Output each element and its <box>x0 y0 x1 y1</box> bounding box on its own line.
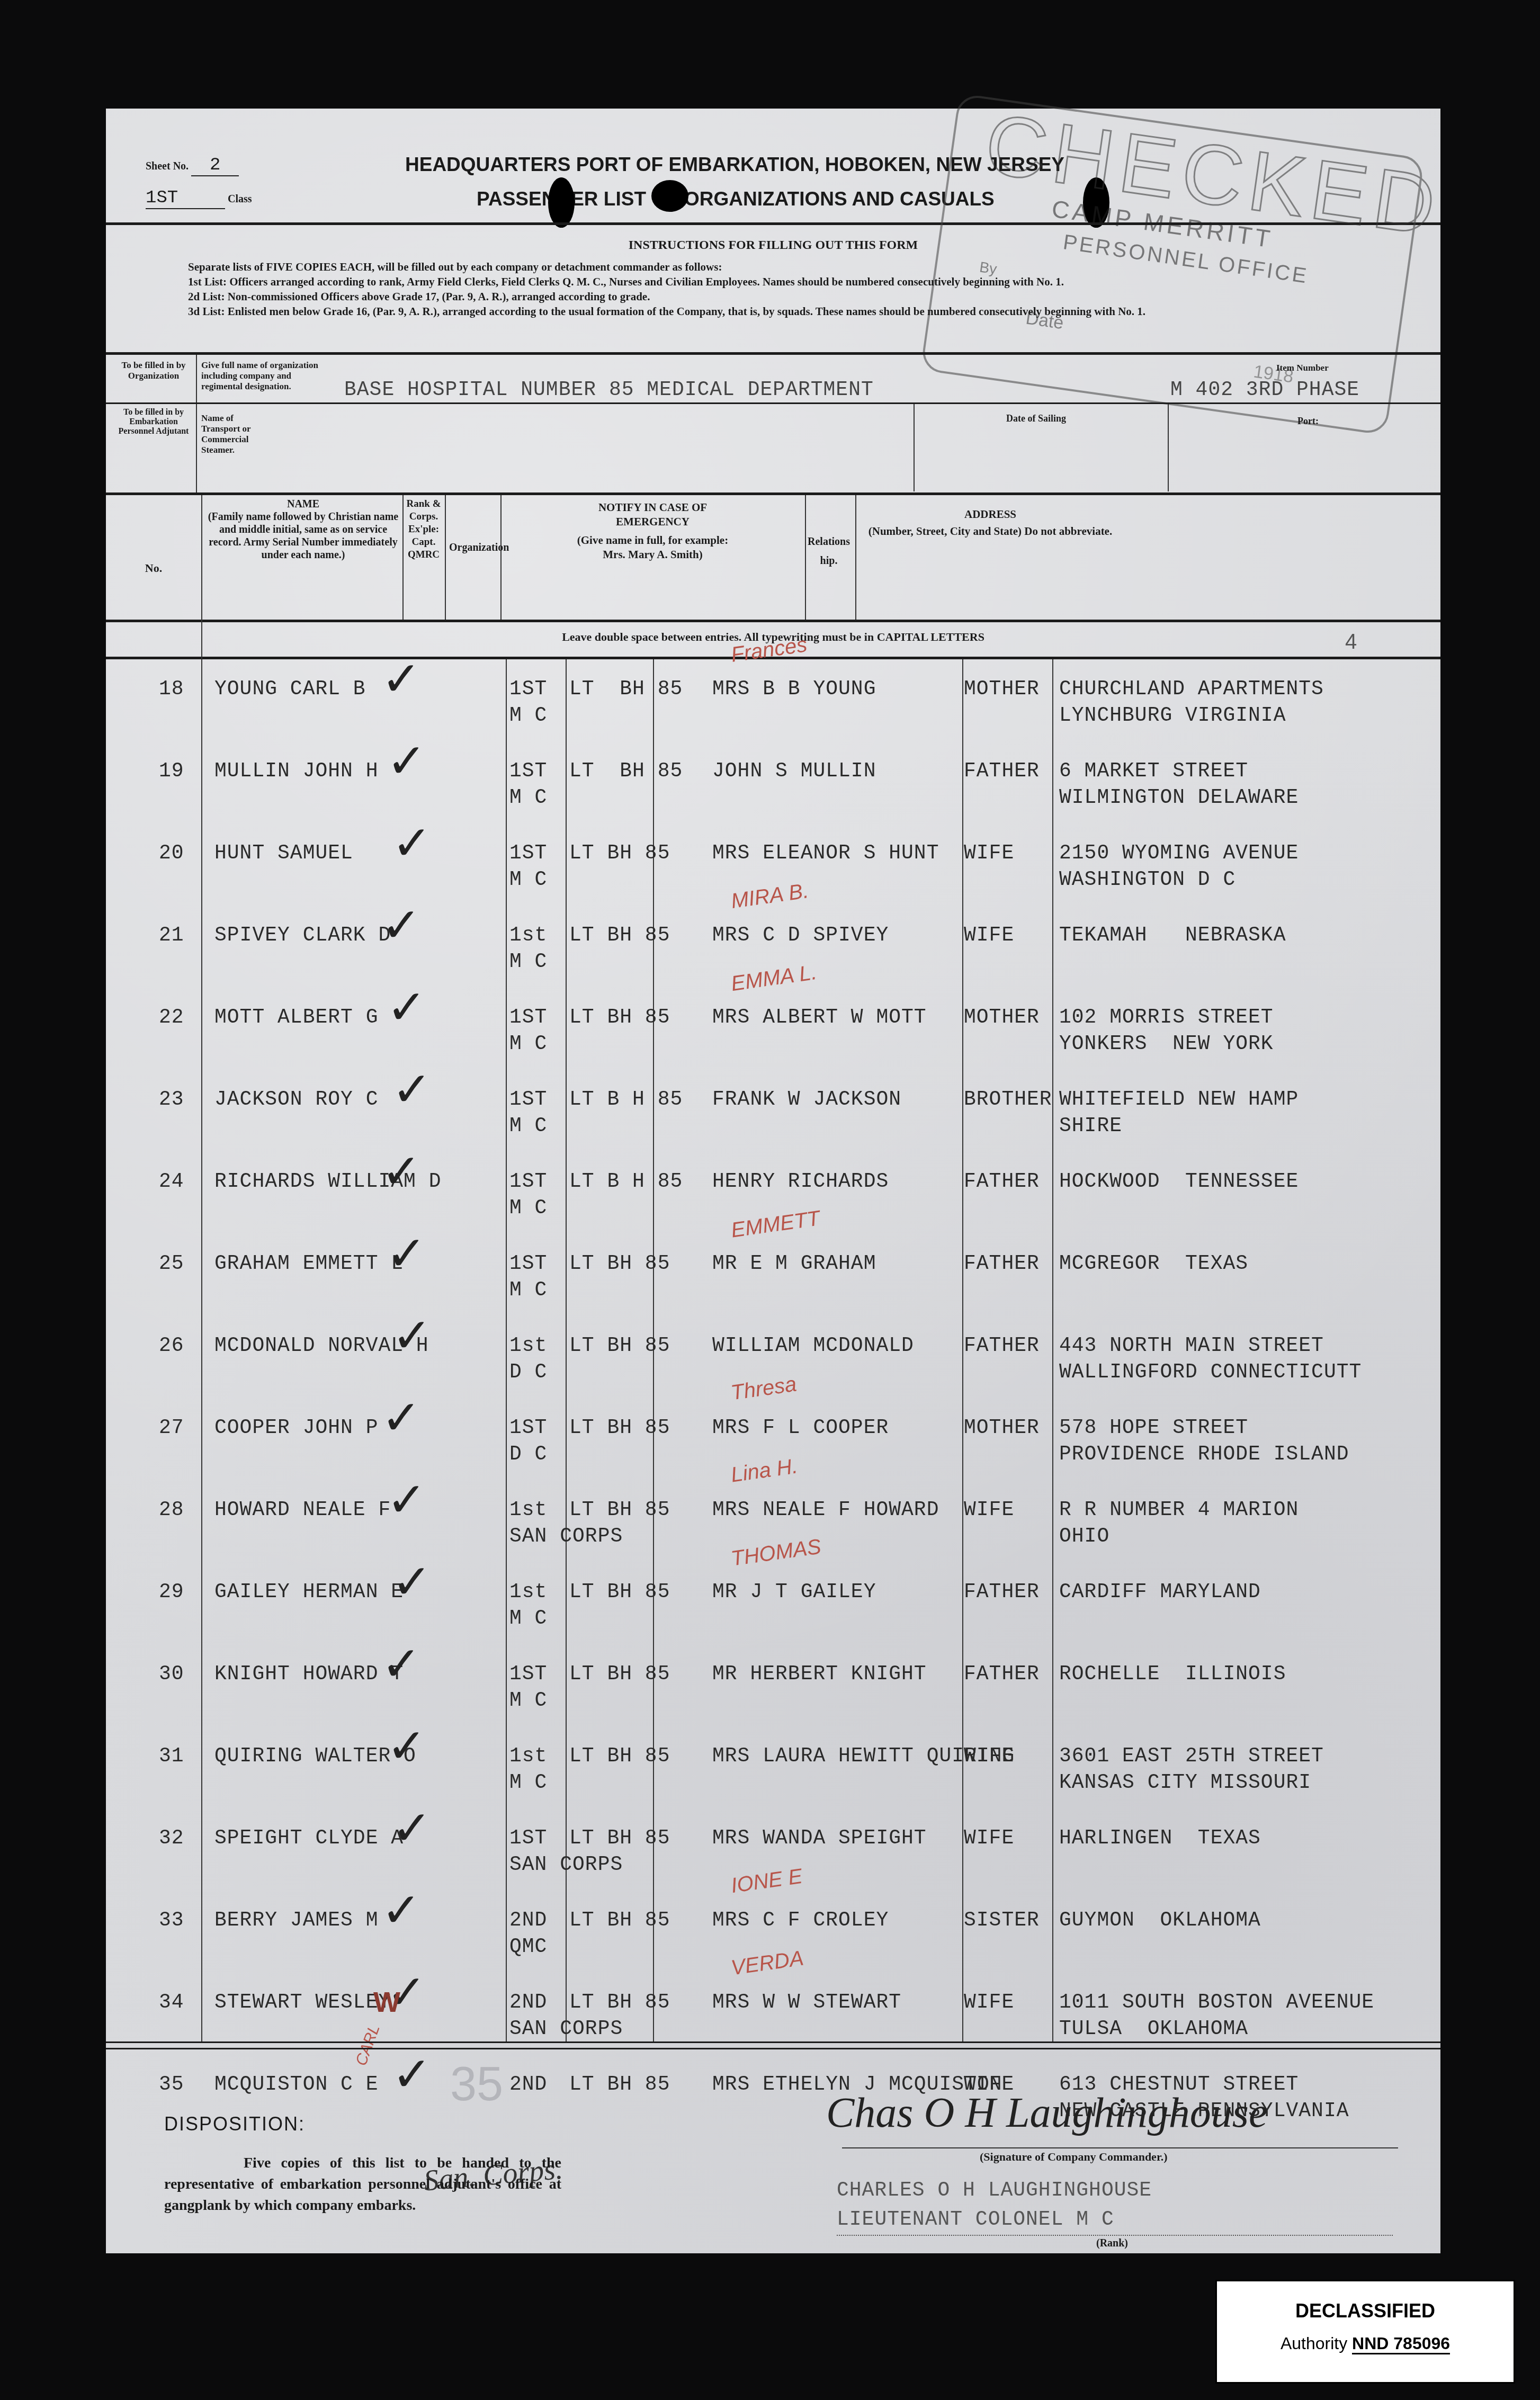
table-row: 28HOWARD NEALE F✓1stSAN CORPSLT BH 85MRS… <box>106 1499 1440 1578</box>
commander-name: CHARLES O H LAUGHINGHOUSE <box>837 2179 1152 2202</box>
sheet-number-value: 2 <box>191 155 239 176</box>
checkmark-icon: ✓ <box>392 1308 432 1364</box>
table-row: 33BERRY JAMES M✓2NDQMCLT BH 85MRS C F CR… <box>106 1909 1440 1989</box>
col-header-notify: NOTIFY IN CASE OF EMERGENCY (Give name i… <box>500 500 805 562</box>
checkmark-icon: ✓ <box>381 1636 421 1692</box>
row-name: HOWARD NEALE F <box>214 1499 391 1521</box>
row-organization: LT BH 85 <box>569 678 683 701</box>
col-header-name: NAME (Family name followed by Christian … <box>204 498 402 561</box>
col-header-address-desc: (Number, Street, City and State) Do not … <box>858 523 1123 540</box>
row-relationship: WIFE <box>964 1827 1014 1850</box>
row-rank: 1st <box>509 924 547 947</box>
row-number: 26 <box>159 1335 184 1357</box>
table-row: 31QUIRING WALTER O✓1stM CLT BH 85MRS LAU… <box>106 1745 1440 1824</box>
col-header-notify-desc: (Give name in full, for example: Mrs. Ma… <box>574 533 732 562</box>
disposition-title: DISPOSITION: <box>164 2113 305 2135</box>
table-row: 29GAILEY HERMAN E✓1stM CLT BH 85MR J T G… <box>106 1581 1440 1660</box>
divider <box>106 2041 1440 2043</box>
row-address-line1: 3601 EAST 25TH STREET <box>1059 1745 1324 1768</box>
col-rule <box>500 495 502 620</box>
col-header-notify-title: NOTIFY IN CASE OF EMERGENCY <box>589 500 717 529</box>
port-label: Port: <box>1297 416 1319 427</box>
row-rank: 2ND <box>509 1991 547 2014</box>
commander-rank: LIEUTENANT COLONEL M C <box>837 2208 1114 2231</box>
table-row: 22MOTT ALBERT G✓1STM CLT BH 85MRS ALBERT… <box>106 1006 1440 1086</box>
table-row: 18YOUNG CARL B✓1STM CLT BH 85MRS B B YOU… <box>106 678 1440 757</box>
row-name: KNIGHT HOWARD T <box>214 1663 404 1686</box>
row-name: BERRY JAMES M <box>214 1909 378 1932</box>
row-organization: LT BH 85 <box>569 1991 670 2014</box>
row-notify: MRS ALBERT W MOTT <box>712 1006 927 1029</box>
org-name-label: Give full name of organization including… <box>201 360 323 392</box>
signature-line <box>842 2147 1398 2148</box>
row-name: STEWART WESLEY <box>214 1991 391 2014</box>
row-number: 23 <box>159 1088 184 1111</box>
row-corps: QMC <box>509 1936 547 1958</box>
row-name: JACKSON ROY C <box>214 1088 378 1111</box>
item-number-value: M 402 3RD PHASE <box>1170 379 1359 401</box>
row-rank: 1ST <box>509 1417 547 1439</box>
row-organization: LT B H 85 <box>569 1088 683 1111</box>
row-rank: 1st <box>509 1335 547 1357</box>
row-address-line2: WASHINGTON D C <box>1059 868 1235 891</box>
row-rank: 1ST <box>509 1088 547 1111</box>
row-organization: LT BH 85 <box>569 924 670 947</box>
row-notify: MR HERBERT KNIGHT <box>712 1663 927 1686</box>
table-row: 23JACKSON ROY C✓1STM CLT B H 85FRANK W J… <box>106 1088 1440 1168</box>
row-address-line1: TEKAMAH NEBRASKA <box>1059 924 1286 947</box>
divider <box>106 402 1440 404</box>
row-relationship: FATHER <box>964 1252 1040 1275</box>
row-address-line2: TULSA OKLAHOMA <box>1059 2018 1248 2040</box>
row-address-line1: 1011 SOUTH BOSTON AVEENUE <box>1059 1991 1374 2014</box>
row-address-line2: LYNCHBURG VIRGINIA <box>1059 704 1286 727</box>
row-address-line2: YONKERS NEW YORK <box>1059 1033 1274 1055</box>
row-address-line1: GUYMON OKLAHOMA <box>1059 1909 1261 1932</box>
checkmark-icon: ✓ <box>387 1472 426 1528</box>
row-rank: 1ST <box>509 1006 547 1029</box>
table-row: 19MULLIN JOHN H✓1STM CLT BH 85JOHN S MUL… <box>106 760 1440 839</box>
row-organization: LT BH 85 <box>569 1745 670 1768</box>
row-corps: M C <box>509 951 547 973</box>
row-corps: M C <box>509 1607 547 1630</box>
row-organization: LT BH 85 <box>569 1909 670 1932</box>
row-corps: M C <box>509 1771 547 1794</box>
row-number: 20 <box>159 842 184 865</box>
row-rank: 1st <box>509 1499 547 1521</box>
declassified-label: DECLASSIFIED Authority NND 785096 <box>1215 2280 1515 2384</box>
row-rank: 1st <box>509 1745 547 1768</box>
checkmark-icon: ✓ <box>392 2047 432 2102</box>
row-rank: 1ST <box>509 1252 547 1275</box>
divider <box>196 355 197 492</box>
row-rank: 1ST <box>509 1663 547 1686</box>
row-organization: LT BH 85 <box>569 1663 670 1686</box>
row-relationship: FATHER <box>964 1170 1040 1193</box>
row-address-line1: 102 MORRIS STREET <box>1059 1006 1274 1029</box>
row-number: 25 <box>159 1252 184 1275</box>
row-address-line1: R R NUMBER 4 MARION <box>1059 1499 1299 1521</box>
row-corps: M C <box>509 1115 547 1138</box>
row-corps: SAN CORPS <box>509 1525 623 1548</box>
org-name-value: BASE HOSPITAL NUMBER 85 MEDICAL DEPARTME… <box>344 379 874 401</box>
row-rank: 1ST <box>509 678 547 701</box>
checkmark-icon: ✓ <box>387 1718 426 1774</box>
row-address-line1: CARDIFF MARYLAND <box>1059 1581 1261 1604</box>
row-address-line2: OHIO <box>1059 1525 1109 1548</box>
signature-label: (Signature of Company Commander.) <box>980 2150 1167 2164</box>
row-rank: 1ST <box>509 1170 547 1193</box>
row-relationship: MOTHER <box>964 1006 1040 1029</box>
divider <box>106 2048 1440 2049</box>
divider <box>1168 404 1169 491</box>
row-rank: 1ST <box>509 842 547 865</box>
row-corps: M C <box>509 1197 547 1220</box>
row-relationship: FATHER <box>964 1581 1040 1604</box>
checkmark-icon: ✓ <box>381 1390 421 1446</box>
row-notify: MRS ELEANOR S HUNT <box>712 842 939 865</box>
row-address-line1: 2150 WYOMING AVENUE <box>1059 842 1299 865</box>
passenger-list-form: Sheet No. 2 1ST Class HEADQUARTERS PORT … <box>106 109 1440 2253</box>
date-of-sailing-label: Date of Sailing <box>1006 413 1066 424</box>
row-address-line1: WHITEFIELD NEW HAMP <box>1059 1088 1299 1111</box>
row-name: MULLIN JOHN H <box>214 760 378 783</box>
row-name: QUIRING WALTER O <box>214 1745 416 1768</box>
table-row: 32SPEIGHT CLYDE A✓1STSAN CORPSLT BH 85MR… <box>106 1827 1440 1906</box>
row-corps: SAN CORPS <box>509 1853 623 1876</box>
row-organization: LT BH 85 <box>569 2073 670 2096</box>
row-notify: MR J T GAILEY <box>712 1581 876 1604</box>
transport-field[interactable] <box>281 410 906 434</box>
rank-label: (Rank) <box>1096 2237 1128 2250</box>
row-number: 19 <box>159 760 184 783</box>
row-address-line2: KANSAS CITY MISSOURI <box>1059 1771 1311 1794</box>
row-address-line2: SHIRE <box>1059 1115 1122 1138</box>
row-relationship: SISTER <box>964 1909 1040 1932</box>
row-notify: JOHN S MULLIN <box>712 760 876 783</box>
checkmark-icon: ✓ <box>387 733 426 789</box>
checkmark-icon: ✓ <box>381 1144 421 1199</box>
col-header-org: Organization <box>449 538 499 558</box>
checkmark-icon: ✓ <box>381 898 421 953</box>
row-organization: LT BH 85 <box>569 1335 670 1357</box>
margin-mark: 4 <box>1345 630 1357 654</box>
col-rule <box>805 495 806 620</box>
row-name: COOPER JOHN P <box>214 1417 378 1439</box>
class-value: 1ST <box>146 188 225 209</box>
instructions-intro: Separate lists of FIVE COPIES EACH, will… <box>167 259 1364 274</box>
row-corps: D C <box>509 1361 547 1384</box>
row-corps: SAN CORPS <box>509 2018 623 2040</box>
row-address-line2: WILMINGTON DELAWARE <box>1059 786 1299 809</box>
row-corps: M C <box>509 868 547 891</box>
col-rule <box>445 495 446 620</box>
table-row: 27COOPER JOHN P✓1STD CLT BH 85MRS F L CO… <box>106 1417 1440 1496</box>
item-number-label: Item Number <box>1276 363 1329 373</box>
row-number: 21 <box>159 924 184 947</box>
row-organization: LT BH 85 <box>569 1417 670 1439</box>
row-name: SPIVEY CLARK D <box>214 924 391 947</box>
checkmark-icon: ✓ <box>392 1801 432 1856</box>
table-row: 20HUNT SAMUEL✓1STM CLT BH 85MRS ELEANOR … <box>106 842 1440 921</box>
row-relationship: WIFE <box>964 1745 1014 1768</box>
class-label: Class <box>228 193 252 205</box>
row-number: 29 <box>159 1581 184 1604</box>
row-number: 31 <box>159 1745 184 1768</box>
table-row: 30KNIGHT HOWARD T✓1STM CLT BH 85MR HERBE… <box>106 1663 1440 1742</box>
row-corps: M C <box>509 1033 547 1055</box>
row-name: GAILEY HERMAN E <box>214 1581 404 1604</box>
row-name: HUNT SAMUEL <box>214 842 353 865</box>
sheet-number-label: Sheet No. 2 <box>146 155 239 176</box>
row-relationship: WIFE <box>964 842 1014 865</box>
row-relationship: FATHER <box>964 1663 1040 1686</box>
row-rank: 1ST <box>509 1827 547 1850</box>
row-number: 30 <box>159 1663 184 1686</box>
authority-value: NND 785096 <box>1352 2334 1450 2354</box>
row-name: YOUNG CARL B <box>214 678 366 701</box>
checkmark-icon: ✓ <box>381 1883 421 1938</box>
row-number: 34 <box>159 1991 184 2014</box>
rank-line <box>837 2235 1393 2236</box>
row-notify: FRANK W JACKSON <box>712 1088 901 1111</box>
handwritten-total: 35 <box>450 2057 503 2112</box>
table-row: 21SPIVEY CLARK D✓1stM CLT BH 85MRS C D S… <box>106 924 1440 1004</box>
checkmark-icon: ✓ <box>392 1062 432 1117</box>
row-corps: M C <box>509 1279 547 1302</box>
sheet-label: Sheet No. <box>146 160 189 172</box>
row-number: 35 <box>159 2073 184 2096</box>
col-header-rank: Rank & Corps. Ex'ple: Capt. QMRC <box>405 498 442 561</box>
row-name: MCQUISTON C E <box>214 2073 378 2096</box>
disposition-text: Five copies of this list to be handed to… <box>164 2153 561 2216</box>
col-header-name-title: NAME <box>204 498 402 511</box>
row-notify: MRS WANDA SPEIGHT <box>712 1827 927 1850</box>
row-address-line1: CHURCHLAND APARTMENTS <box>1059 678 1324 701</box>
row-number: 27 <box>159 1417 184 1439</box>
row-organization: LT BH 85 <box>569 1827 670 1850</box>
row-number: 33 <box>159 1909 184 1932</box>
divider <box>914 404 915 491</box>
table-row: 25GRAHAM EMMETT L✓1STM CLT BH 85MR E M G… <box>106 1252 1440 1332</box>
handwritten-w-mark: W <box>373 1986 400 2019</box>
row-name: GRAHAM EMMETT L <box>214 1252 404 1275</box>
row-notify: MRS B B YOUNG <box>712 678 876 701</box>
row-relationship: WIFE <box>964 1499 1014 1521</box>
row-address-line1: HARLINGEN TEXAS <box>1059 1827 1261 1850</box>
row-relationship: FATHER <box>964 1335 1040 1357</box>
row-number: 28 <box>159 1499 184 1521</box>
row-organization: LT BH 85 <box>569 1499 670 1521</box>
row-rank: 1st <box>509 1581 547 1604</box>
row-corps: D C <box>509 1443 547 1466</box>
row-address-line1: 443 NORTH MAIN STREET <box>1059 1335 1324 1357</box>
instructions-title: INSTRUCTIONS FOR FILLING OUT THIS FORM <box>106 238 1440 253</box>
row-organization: LT BH 85 <box>569 1006 670 1029</box>
row-name: MOTT ALBERT G <box>214 1006 378 1029</box>
table-row: 34STEWART WESLEY✓2NDSAN CORPSLT BH 85MRS… <box>106 1991 1440 2071</box>
commander-signature: Chas O H Laughinghouse <box>826 2089 1267 2137</box>
instructions-list1: 1st List: Officers arranged according to… <box>167 274 1364 289</box>
row-name: SPEIGHT CLYDE A <box>214 1827 404 1850</box>
filled-by-org-label: To be filled in by Organization <box>117 360 191 381</box>
row-notify: MRS C D SPIVEY <box>712 924 889 947</box>
checkmark-icon: ✓ <box>392 1554 432 1610</box>
row-address-line2: PROVIDENCE RHODE ISLAND <box>1059 1443 1349 1466</box>
divider <box>106 352 1440 355</box>
col-header-relationship: Relationship. <box>805 532 853 570</box>
row-corps: M C <box>509 704 547 727</box>
checkmark-icon: ✓ <box>387 980 426 1035</box>
row-number: 18 <box>159 678 184 701</box>
row-corps: M C <box>509 1689 547 1712</box>
row-relationship: BROTHER <box>964 1088 1052 1111</box>
row-notify: MRS W W STEWART <box>712 1991 901 2014</box>
row-number: 22 <box>159 1006 184 1029</box>
row-relationship: MOTHER <box>964 1417 1040 1439</box>
checkmark-icon: ✓ <box>387 1226 426 1282</box>
col-rule <box>402 495 404 620</box>
declassified-title: DECLASSIFIED <box>1217 2300 1514 2322</box>
row-address-line1: 578 HOPE STREET <box>1059 1417 1248 1439</box>
row-relationship: FATHER <box>964 760 1040 783</box>
row-organization: LT BH 85 <box>569 1252 670 1275</box>
row-organization: LT BH 85 <box>569 842 670 865</box>
col-rule <box>855 495 856 620</box>
row-corps: M C <box>509 786 547 809</box>
instructions-list3: 3d List: Enlisted men below Grade 16, (P… <box>167 304 1364 319</box>
row-address-line2: WALLINGFORD CONNECTICUTT <box>1059 1361 1362 1384</box>
col-header-no: No. <box>106 561 201 575</box>
col-header-name-desc: (Family name followed by Christian name … <box>204 511 402 561</box>
instructions-body: Separate lists of FIVE COPIES EACH, will… <box>167 259 1364 319</box>
authority-label: Authority <box>1281 2334 1347 2353</box>
divider <box>106 492 1440 495</box>
divider <box>106 620 1440 622</box>
row-organization: LT BH 85 <box>569 760 683 783</box>
filled-by-embarkation-label: To be filled in by Embarkation Personnel… <box>114 408 193 436</box>
row-notify: MRS NEALE F HOWARD <box>712 1499 939 1521</box>
row-rank: 2ND <box>509 1909 547 1932</box>
row-address-line1: ROCHELLE ILLINOIS <box>1059 1663 1286 1686</box>
row-notify: MR E M GRAHAM <box>712 1252 876 1275</box>
row-notify: MRS C F CROLEY <box>712 1909 889 1932</box>
row-notify: HENRY RICHARDS <box>712 1170 889 1193</box>
col-header-address: ADDRESS (Number, Street, City and State)… <box>858 506 1123 540</box>
row-number: 32 <box>159 1827 184 1850</box>
ink-blot <box>651 180 688 212</box>
row-address-line1: MCGREGOR TEXAS <box>1059 1252 1248 1275</box>
row-rank: 2ND <box>509 2073 547 2096</box>
row-notify: MRS F L COOPER <box>712 1417 889 1439</box>
punch-hole <box>548 177 575 228</box>
table-row: 24RICHARDS WILLIAM D✓1STM CLT B H 85HENR… <box>106 1170 1440 1250</box>
table-row: 26MCDONALD NORVAL H✓1stD CLT BH 85WILLIA… <box>106 1335 1440 1414</box>
transport-label: Name of Transport or Commercial Steamer. <box>201 413 270 455</box>
row-organization: LT B H 85 <box>569 1170 683 1193</box>
row-number: 24 <box>159 1170 184 1193</box>
row-notify: WILLIAM MCDONALD <box>712 1335 914 1357</box>
row-address-line1: 6 MARKET STREET <box>1059 760 1248 783</box>
row-relationship: WIFE <box>964 1991 1014 2014</box>
checkmark-icon: ✓ <box>392 816 432 871</box>
instructions-list2: 2d List: Non-commissioned Officers above… <box>167 289 1364 304</box>
col-header-address-title: ADDRESS <box>858 506 1123 523</box>
row-relationship: WIFE <box>964 924 1014 947</box>
row-relationship: MOTHER <box>964 678 1040 701</box>
class-field: 1ST Class <box>146 188 252 209</box>
checkmark-icon: ✓ <box>381 651 421 707</box>
row-organization: LT BH 85 <box>569 1581 670 1604</box>
row-rank: 1ST <box>509 760 547 783</box>
row-address-line1: HOCKWOOD TENNESSEE <box>1059 1170 1299 1193</box>
